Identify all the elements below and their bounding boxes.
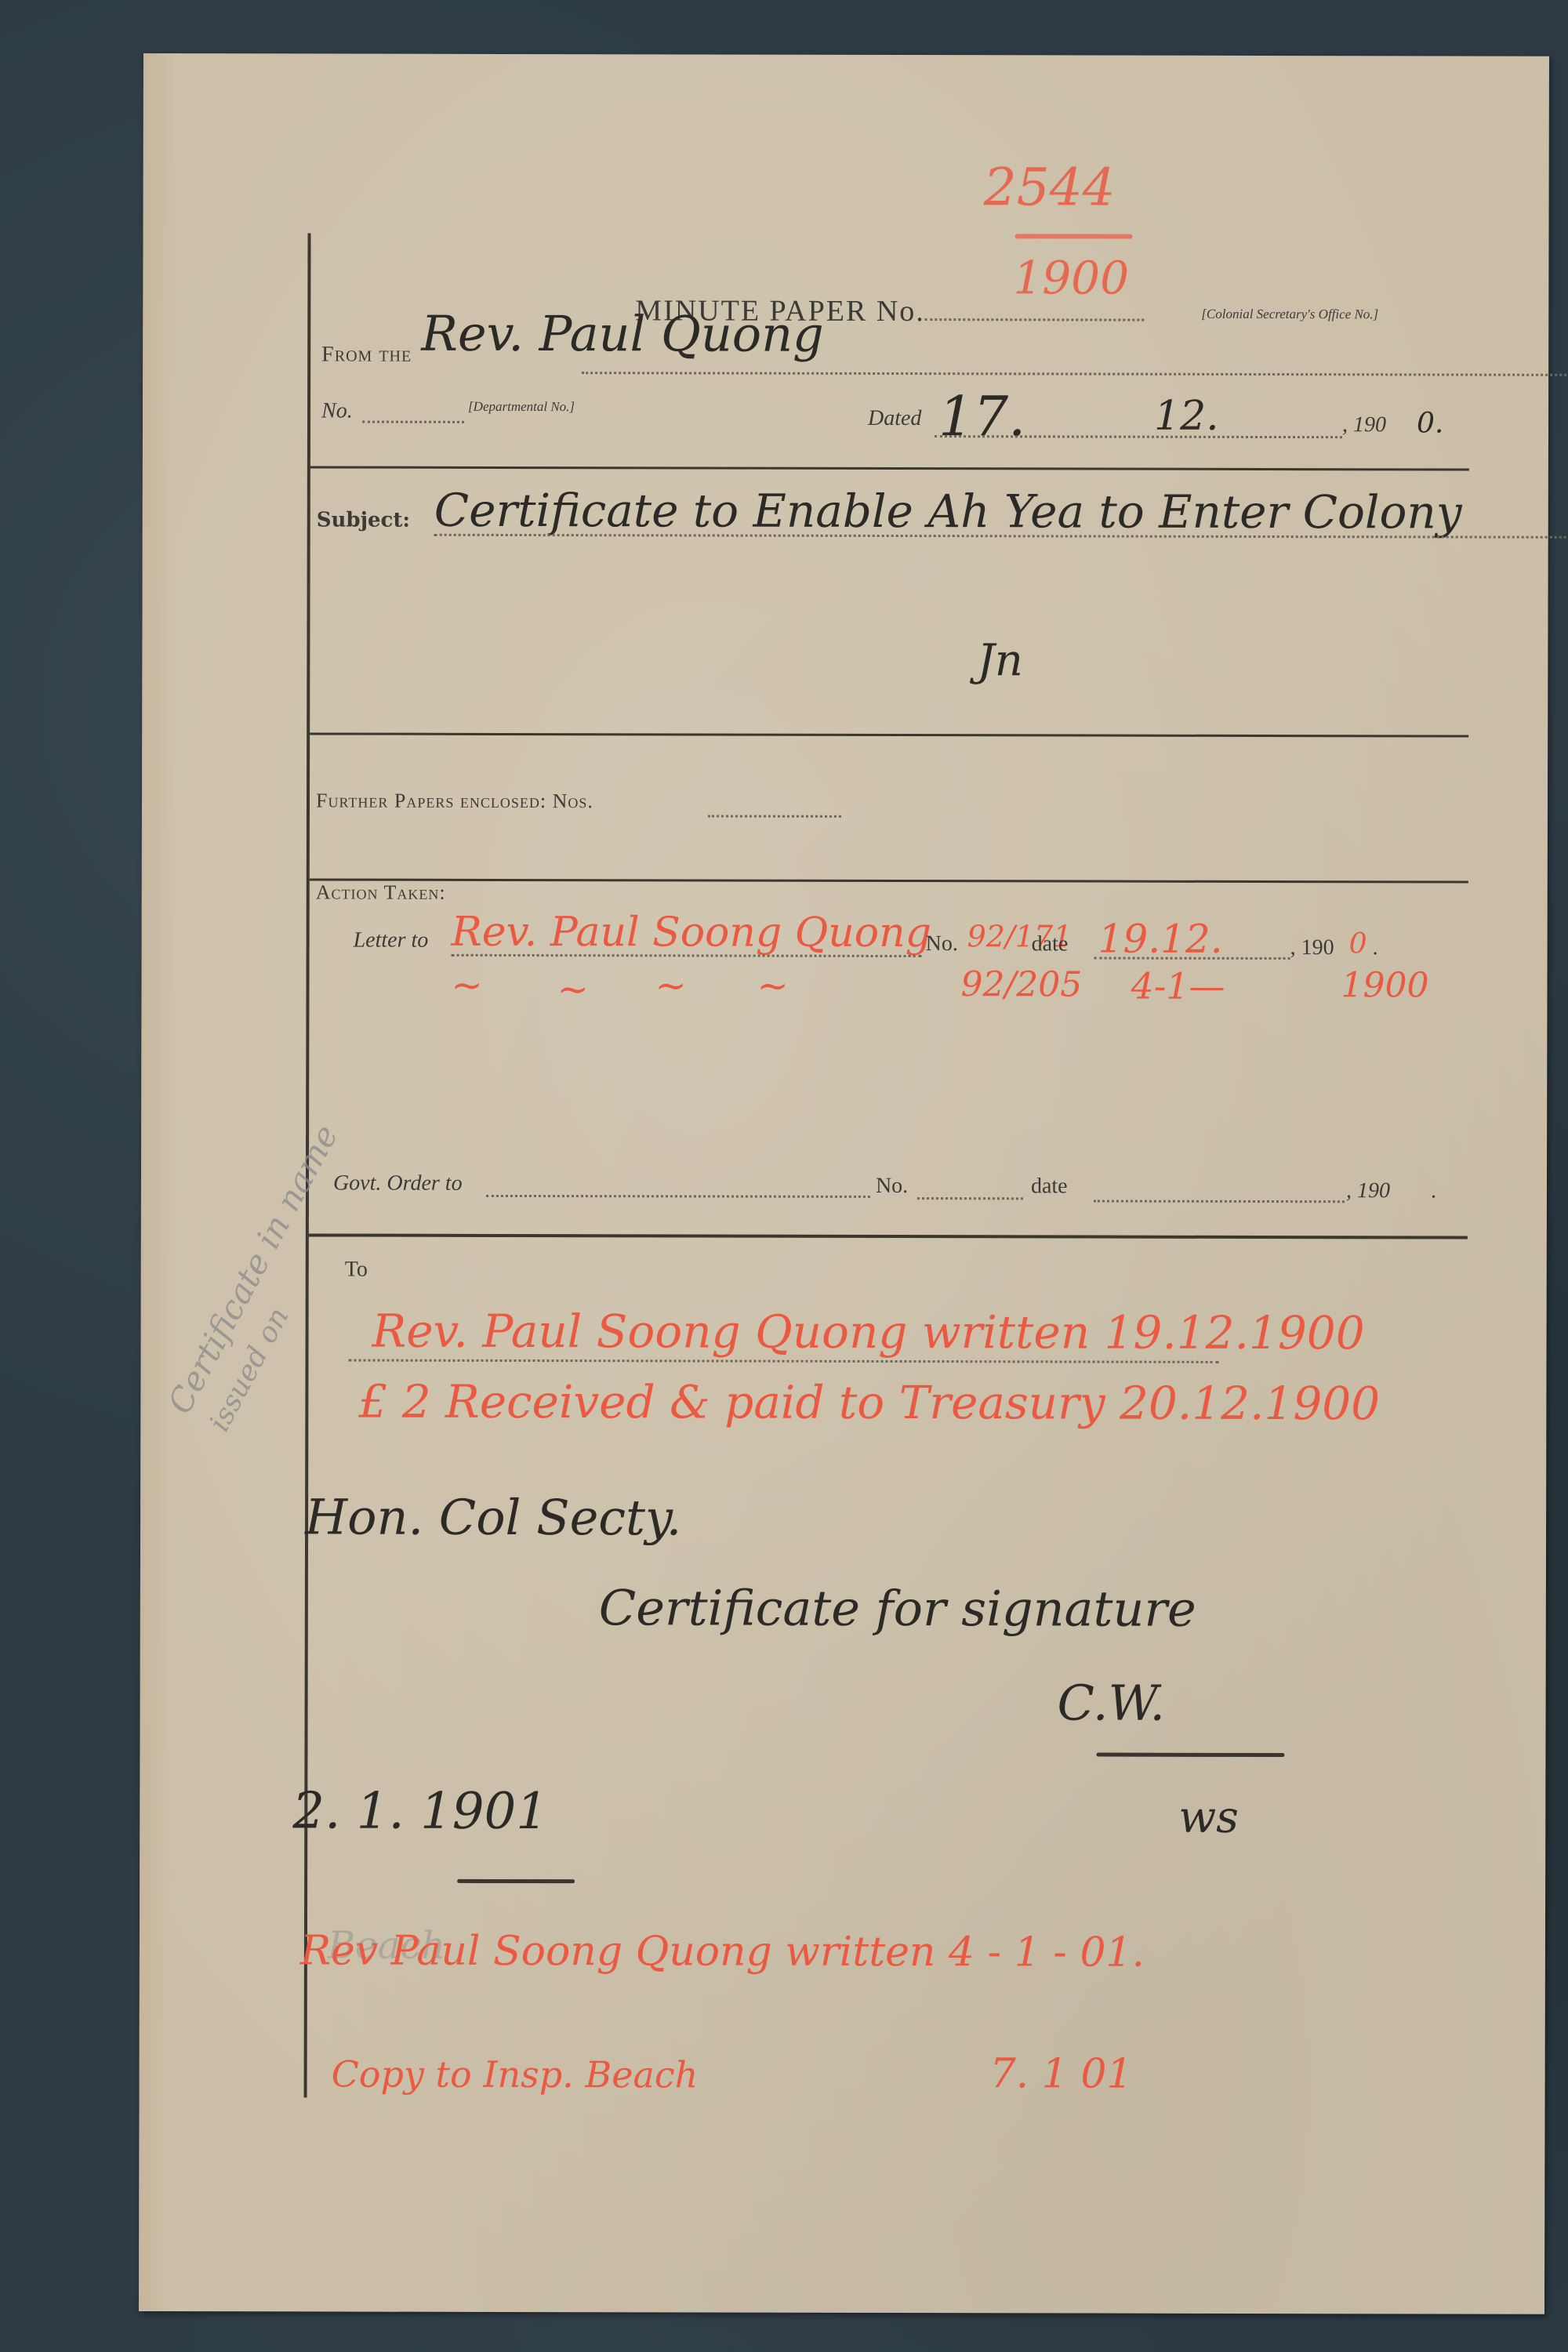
further-papers-dotted-field	[708, 815, 841, 818]
second-letter-no: 92/205	[960, 964, 1082, 1004]
letter-date-dotted-field	[1094, 957, 1290, 960]
action-taken-label: Action Taken:	[316, 880, 446, 904]
dated-year-prefix: , 190	[1342, 412, 1386, 437]
letter-to-value: Rev. Paul Soong Quong	[452, 909, 931, 956]
govt-order-date-label: date	[1031, 1174, 1068, 1199]
from-dotted-field	[582, 372, 1568, 376]
dated-year-suffix: 0.	[1417, 407, 1443, 439]
letter-year-prefix: , 190	[1290, 935, 1334, 960]
to-dotted-field	[349, 1359, 1219, 1363]
govt-order-label: Govt. Order to	[333, 1171, 463, 1196]
ditto-mark-1: ~	[451, 964, 482, 1007]
ditto-mark-4: ~	[757, 964, 788, 1008]
second-letter-date: 4-1—	[1131, 965, 1225, 1007]
govt-order-year-label: , 190	[1346, 1178, 1390, 1203]
to-label: To	[345, 1258, 368, 1283]
office-label: [Colonial Secretary's Office No.]	[1201, 307, 1378, 322]
minute-number-underline	[1015, 234, 1133, 238]
divider-further-papers	[310, 878, 1468, 883]
minute-black-date: 2. 1. 1901	[292, 1782, 548, 1841]
title-dotted-field	[925, 318, 1145, 321]
signature-underline	[1096, 1753, 1284, 1758]
date-flourish	[457, 1879, 575, 1883]
letter-date-label: date	[1032, 931, 1069, 956]
minute-signature: C.W.	[1058, 1674, 1166, 1731]
govt-order-period: .	[1431, 1178, 1436, 1203]
letter-year-suffix: 0	[1349, 927, 1367, 960]
govt-order-date-dotted-field	[1094, 1200, 1345, 1203]
ditto-mark-3: ~	[655, 964, 686, 1007]
letter-to-label: Letter to	[354, 928, 429, 953]
govt-order-no-label: No.	[876, 1174, 908, 1199]
minute-number: 2544	[984, 157, 1116, 217]
no-label: No.	[321, 398, 353, 423]
dated-label: Dated	[868, 406, 922, 431]
subject-value: Certificate to Enable Ah Yea to Enter Co…	[434, 484, 1462, 539]
divider-govt-order	[309, 1233, 1468, 1239]
govt-order-no-dotted-field	[917, 1197, 1023, 1200]
second-letter-year: 1900	[1341, 965, 1428, 1005]
minute-red-line-4: Copy to Insp. Beach	[332, 2053, 699, 2096]
minute-red-line-2: £ 2 Received & paid to Treasury 20.12.19…	[358, 1375, 1380, 1431]
from-value: Rev. Paul Quong	[421, 305, 824, 363]
minute-black-initials: ws	[1178, 1792, 1239, 1843]
minute-red-line-3: Rev Paul Soong Quong written 4 - 1 - 01.	[300, 1927, 1145, 1976]
dated-month: 12.	[1154, 393, 1219, 440]
minute-red-line-4-date: 7. 1 01	[990, 2050, 1133, 2097]
no-dotted-field	[362, 421, 464, 423]
letter-period: .	[1373, 935, 1378, 960]
further-papers-label: Further Papers enclosed: Nos.	[316, 789, 593, 813]
letter-to-dotted-field	[452, 954, 922, 957]
divider-subject	[310, 732, 1468, 737]
dated-day: 17.	[938, 384, 1025, 448]
letter-no-label: No.	[926, 931, 958, 956]
govt-order-dotted-field	[486, 1195, 870, 1198]
divider-header	[310, 466, 1469, 470]
minute-red-line-1: Rev. Paul Soong Quong written 19.12.1900	[372, 1305, 1365, 1360]
from-label: From the	[321, 342, 412, 367]
letter-date-value: 19.12.	[1098, 916, 1223, 962]
departmental-label: [Departmental No.]	[468, 399, 575, 415]
subject-label: Subject:	[317, 508, 410, 532]
subject-initials: Jn	[977, 635, 1023, 686]
minute-black-line-2: Certificate for signature	[599, 1579, 1196, 1638]
minute-paper-sheet: 2544 1900 MINUTE PAPER No. [Colonial Sec…	[139, 53, 1549, 2314]
ditto-mark-2: ~	[557, 967, 588, 1011]
minute-black-line-1: Hon. Col Secty.	[305, 1488, 682, 1546]
